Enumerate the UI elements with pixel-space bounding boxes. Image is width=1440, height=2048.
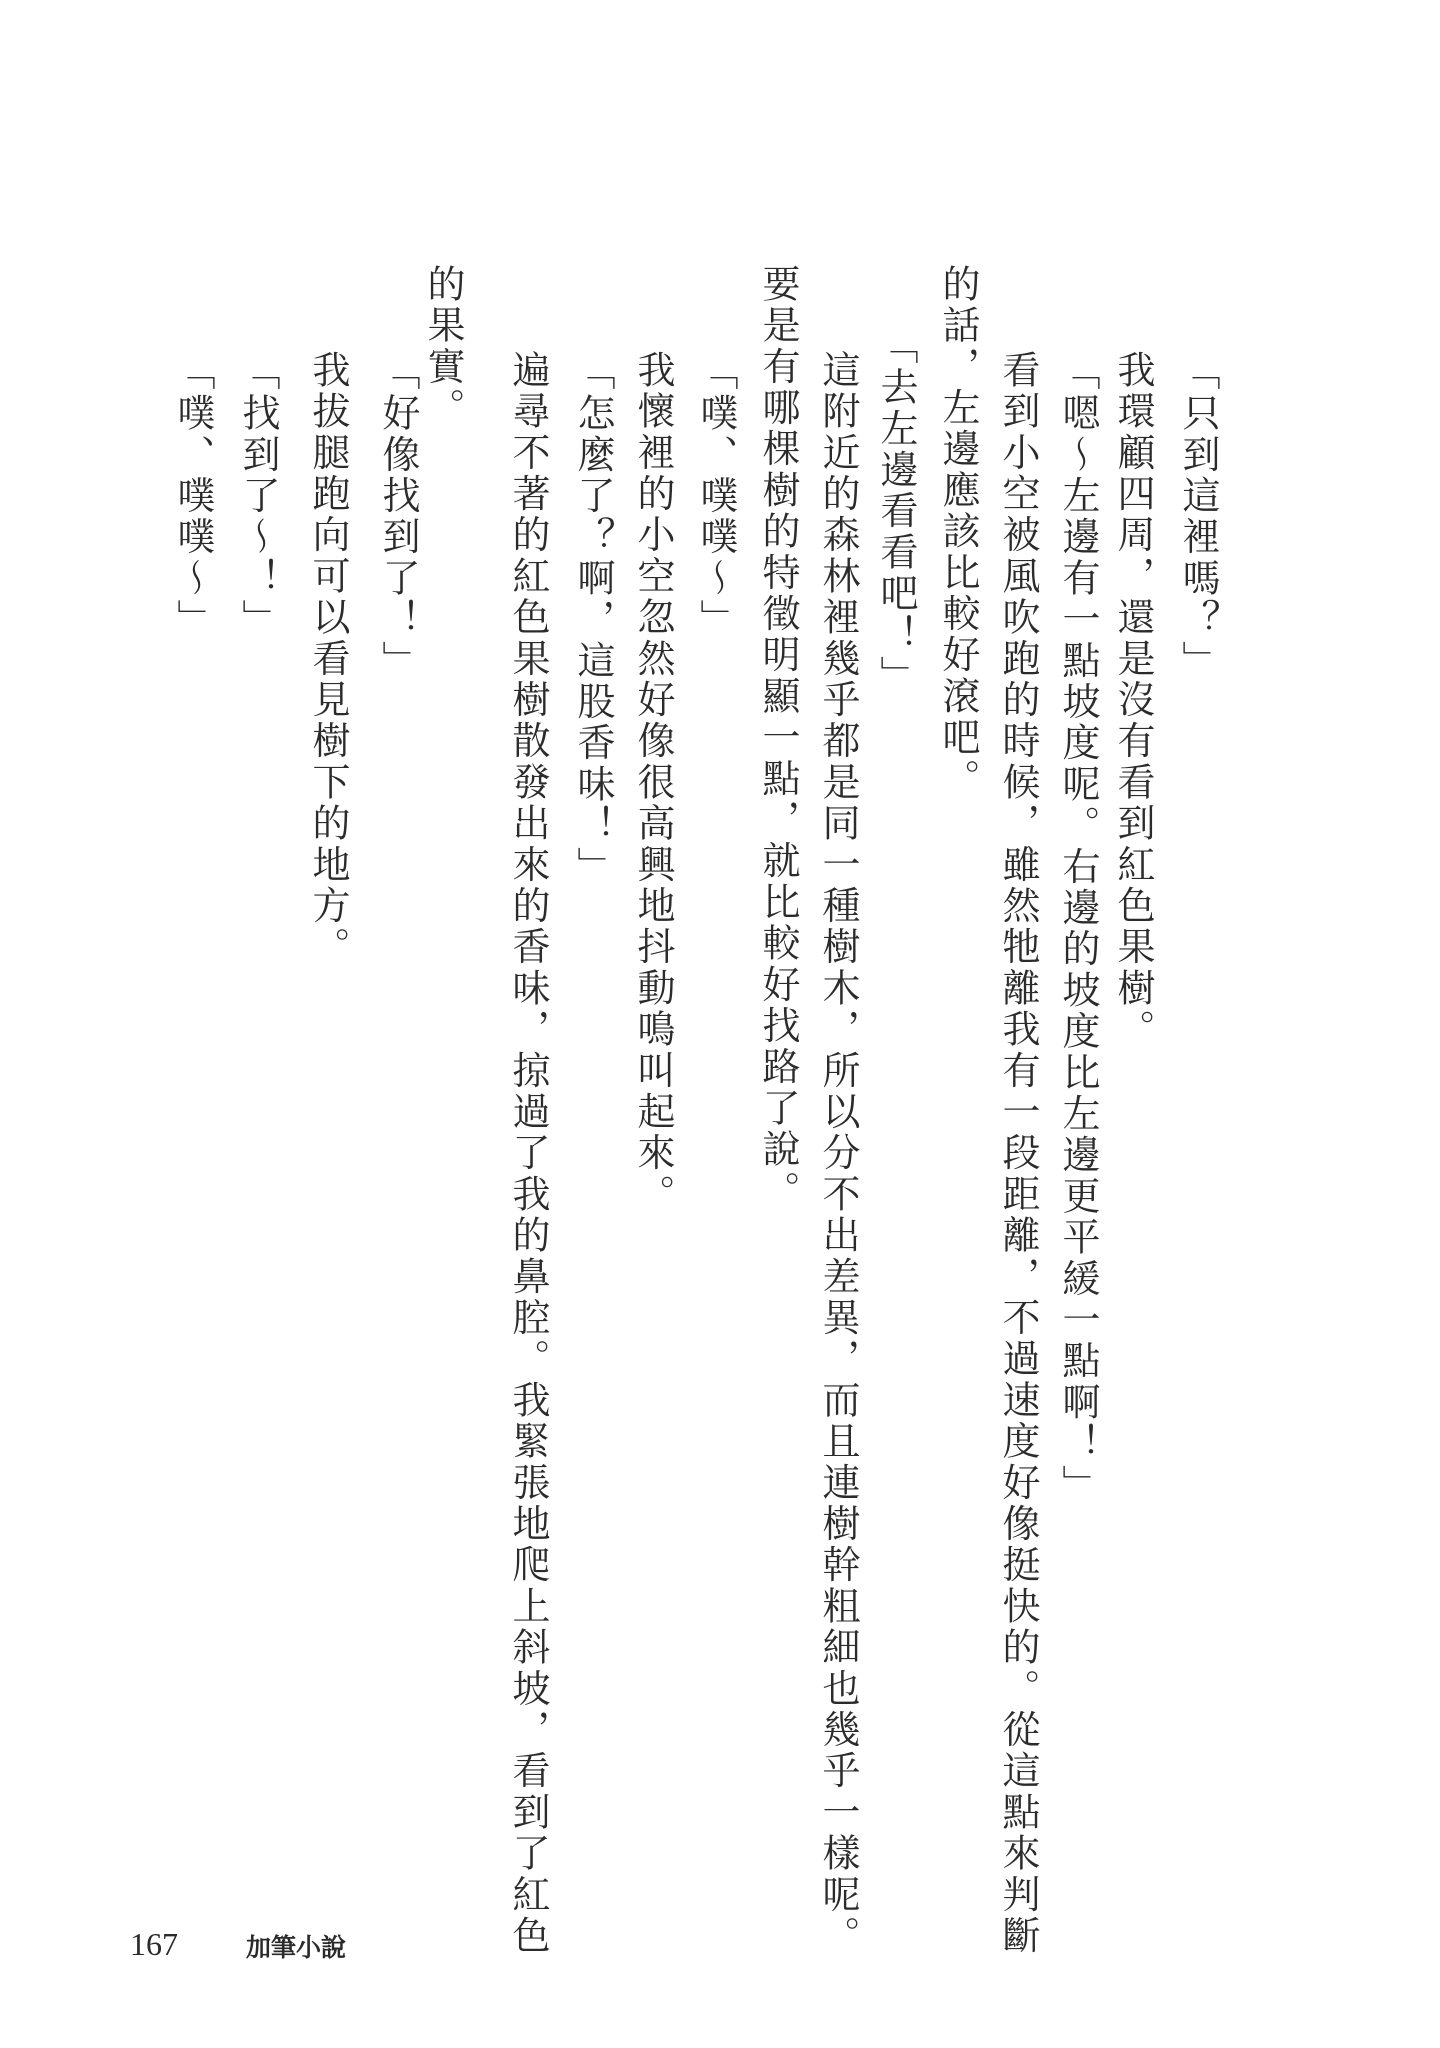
text-line: 要是有哪棵樹的特徵明顯一點，就比較好找路了說。 [753, 264, 797, 1212]
text-line: 我懷裡的小空忽然好像很高興地抖動鳴叫起來。 [628, 350, 672, 1215]
text-line: 「找到了～！」 [233, 352, 277, 640]
text-line: 「噗、噗噗～」 [691, 352, 735, 640]
text-line: 「只到這裡嗎？」 [1173, 352, 1217, 682]
text-line: 我拔腿跑向可以看見樹下的地方。 [303, 350, 347, 968]
page-number: 167 [130, 1926, 178, 1963]
text-line: 「嗯～左邊有一點坡度呢。右邊的坡度比左邊更平緩一點啊！」 [1053, 352, 1097, 1506]
text-line: 看到小空被風吹跑的時候，雖然牠離我有一段距離，不過速度好像挺快的。從這點來判斷 [993, 350, 1037, 1957]
text-line: 遍尋不著的紅色果樹散發出來的香味，掠過了我的鼻腔。我緊張地爬上斜坡，看到了紅色 [503, 350, 547, 1957]
text-line: 我環顧四周，還是沒有看到紅色果樹。 [1108, 350, 1152, 1050]
book-page: 「只到這裡嗎？」我環顧四周，還是沒有看到紅色果樹。「嗯～左邊有一點坡度呢。右邊的… [0, 0, 1440, 2048]
text-line: 的果實。 [418, 264, 462, 429]
text-line: 的話，左邊應該比較好滾吧。 [933, 264, 977, 800]
text-line: 「好像找到了！」 [373, 352, 417, 682]
text-line: 「噗、噗噗～」 [168, 352, 212, 640]
text-line: 「怎麼了？啊，這股香味！」 [568, 352, 612, 888]
book-section-title: 加筆小說 [246, 1928, 346, 1964]
text-line: 「去左邊看看吧！」 [871, 326, 915, 697]
text-line: 這附近的森林裡幾乎都是同一種樹木，所以分不出差異，而且連樹幹粗細也幾乎一樣呢。 [813, 350, 857, 1957]
